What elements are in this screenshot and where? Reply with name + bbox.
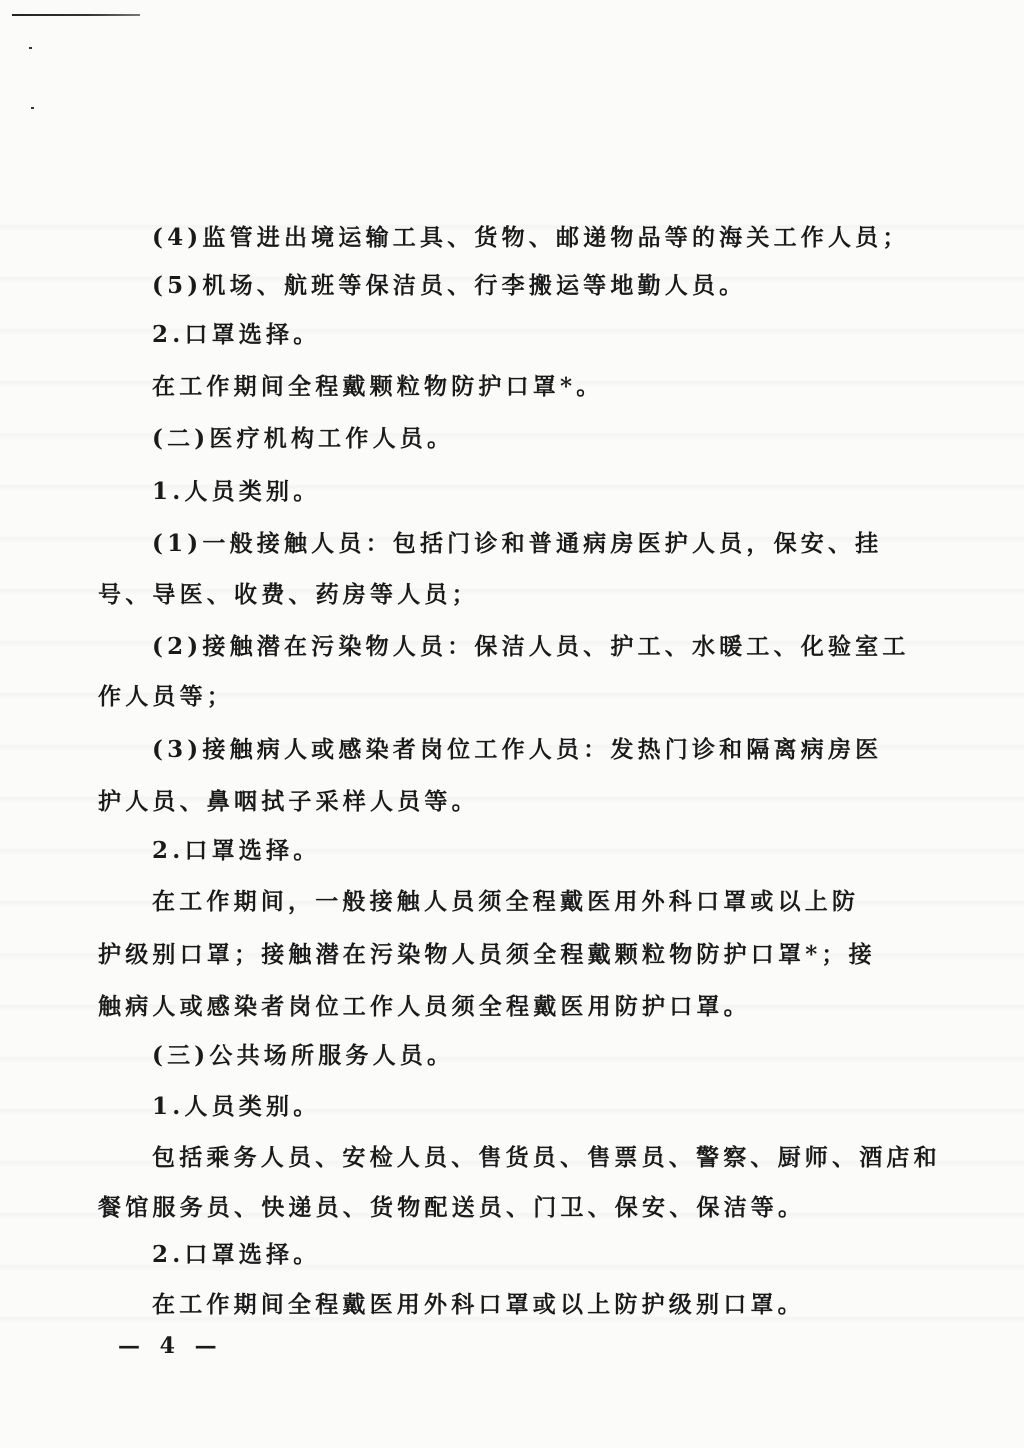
text-line: (5)机场、航班等保洁员、行李搬运等地勤人员。 bbox=[152, 271, 746, 301]
text-line: 包括乘务人员、安检人员、售货员、售票员、警察、厨师、酒店和 bbox=[152, 1143, 941, 1173]
text-line: 护人员、鼻咽拭子采样人员等。 bbox=[98, 787, 479, 817]
section-heading: 2.口罩选择。 bbox=[152, 1240, 320, 1270]
scan-speck bbox=[29, 47, 32, 49]
text-line: (1)一般接触人员：包括门诊和普通病房医护人员，保安、挂 bbox=[152, 529, 882, 559]
section-heading: 2.口罩选择。 bbox=[152, 836, 320, 866]
text-line: (3)接触病人或感染者岗位工作人员：发热门诊和隔离病房医 bbox=[152, 735, 882, 765]
text-line: 在工作期间全程戴医用外科口罩或以上防护级别口罩。 bbox=[152, 1290, 805, 1320]
text-line: 在工作期间全程戴颗粒物防护口罩*。 bbox=[152, 372, 603, 402]
text-line: 在工作期间，一般接触人员须全程戴医用外科口罩或以上防 bbox=[152, 887, 859, 917]
text-line: 餐馆服务员、快递员、货物配送员、门卫、保安、保洁等。 bbox=[98, 1193, 805, 1223]
section-heading: 2.口罩选择。 bbox=[152, 320, 320, 350]
text-line: (4)监管进出境运输工具、货物、邮递物品等的海关工作人员； bbox=[152, 223, 910, 253]
text-line: 护级别口罩；接触潜在污染物人员须全程戴颗粒物防护口罩*；接 bbox=[98, 940, 876, 970]
page-number: — 4 — bbox=[118, 1333, 223, 1359]
show-through-texture bbox=[0, 180, 1024, 1368]
text-line: (2)接触潜在污染物人员：保洁人员、护工、水暖工、化验室工 bbox=[152, 632, 910, 662]
section-heading: (二)医疗机构工作人员。 bbox=[152, 424, 454, 454]
section-heading: (三)公共场所服务人员。 bbox=[152, 1041, 454, 1071]
scanned-document-page: (4)监管进出境运输工具、货物、邮递物品等的海关工作人员； (5)机场、航班等保… bbox=[0, 0, 1024, 1448]
section-heading: 1.人员类别。 bbox=[152, 1092, 320, 1122]
section-heading: 1.人员类别。 bbox=[152, 477, 320, 507]
scan-speck bbox=[31, 107, 34, 109]
text-line: 作人员等； bbox=[98, 682, 234, 712]
header-rule bbox=[12, 14, 140, 16]
text-line: 触病人或感染者岗位工作人员须全程戴医用防护口罩。 bbox=[98, 992, 751, 1022]
text-line: 号、导医、收费、药房等人员； bbox=[98, 580, 479, 610]
